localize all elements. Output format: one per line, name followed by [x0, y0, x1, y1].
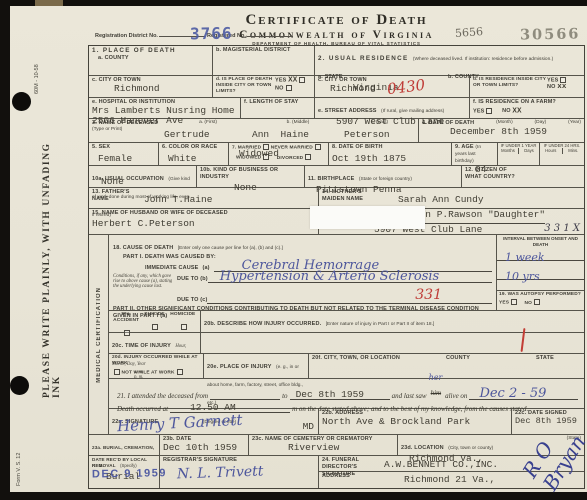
field-street-address: e. STREET ADDRESS (If rural, give mailin…	[315, 98, 470, 118]
certificate-paper: 60M - 10-58 PLEASE WRITE PLAINLY, WITH U…	[10, 6, 587, 492]
field-time-of-injury: 20c. TIME OF INJURY Hour, Month, Day, Ye…	[109, 333, 201, 353]
field-citizen: 12. CITIZEN OF WHAT COUNTRY?	[462, 166, 584, 187]
injury-work-label: 20d. INJURY OCCURRED WHILE AT WORK	[112, 355, 200, 367]
attended-from-blank	[210, 391, 280, 400]
occupation-value: None	[101, 177, 124, 187]
street-note: (If rural, give mailing address)	[381, 109, 444, 114]
attended-to-value: Dec 8th 1959	[296, 390, 364, 400]
race-value: White	[168, 154, 225, 164]
due-to-c-label: DUE TO (c)	[177, 297, 207, 304]
field-residence-city: c. CITY OR TOWN Richmond 0430	[315, 76, 470, 97]
interval-column: INTERVAL BETWEEN ONSET AND DEATH 1 week …	[496, 235, 584, 310]
residence-limits-answer: xx	[557, 83, 566, 91]
field-age-under-1-year: IF UNDER 1 YEAR Months Days	[498, 143, 540, 165]
certifier-signature-value: Henry T Garnett	[117, 411, 243, 436]
alive-on-label: alive on	[445, 392, 467, 400]
location-note: (City, town or county)	[448, 446, 493, 451]
residence-limits-no-label: NO	[547, 84, 556, 90]
spouse-value: Herbert C.Peterson	[92, 219, 315, 229]
medical-certification-label: MEDICAL CERTIFICATION	[96, 287, 102, 383]
field-injury-at-work: 20d. INJURY OCCURRED WHILE AT WORK NOT W…	[109, 354, 204, 378]
field-occupation: 10a. USUAL OCCUPATION (Give kind of work…	[89, 166, 197, 187]
date-of-death-value: December 8th 1959	[450, 127, 581, 137]
autopsy-yes-label: YES	[499, 301, 509, 306]
field-place-of-death-county: 1. PLACE OF DEATH a. COUNTY	[89, 46, 213, 75]
death-limits-answer: XX	[288, 76, 297, 84]
divorced-checkbox	[305, 154, 311, 160]
cemetery-value: Riverview	[288, 443, 394, 453]
autopsy-no-checkbox	[534, 299, 540, 305]
certifier-address-value: North Ave & Brockland Park	[322, 417, 508, 427]
informant-code-annotation: 3 3 1 X	[544, 223, 580, 234]
hours-label: Hours	[540, 148, 563, 153]
funeral-director-label: 24. FUNERAL DIRECTOR'S SIGNATURE	[322, 457, 384, 470]
cause-b-value: Hypertension & Arterio Sclerosis	[220, 269, 440, 284]
accident-label: 20a. ACCIDENT	[112, 312, 140, 324]
suicide-label: SUICIDE	[140, 312, 168, 318]
field-usual-residence: 2. USUAL RESIDENCE (Where deceased lived…	[315, 46, 584, 75]
mins-label: Mins.	[563, 148, 585, 153]
field-hospital: e. HOSPITAL OR INSTITUTION Mrs Lamberts …	[89, 98, 241, 118]
homicide-label: HOMICIDE	[169, 312, 197, 318]
field-registrar-signature: REGISTRAR'S SIGNATURE N. L. Trivett	[160, 456, 319, 488]
death-limits-yes-label: YES	[275, 77, 286, 83]
death-limits-yes-checkbox	[299, 77, 305, 83]
place-county-label: a. COUNTY	[92, 55, 209, 62]
field-magisterial-district: b. MAGISTERIAL DISTRICT	[213, 46, 315, 75]
dod-year-label: (Year)	[568, 120, 581, 127]
place-of-death-heading: 1. PLACE OF DEATH	[92, 47, 209, 55]
file-number-stamp: 30566	[520, 25, 581, 43]
interval-header: INTERVAL BETWEEN ONSET AND DEATH	[497, 235, 584, 248]
farm-yes-checkbox	[486, 108, 492, 114]
registrar-signature-value: N. L. Trivett	[177, 461, 315, 482]
injury-not-work-label: NOT WHILE AT WORK	[121, 370, 174, 375]
certificate-header: Certificate of Death Commonwealth of Vir…	[88, 12, 585, 46]
marital-value: Widowed	[239, 149, 279, 159]
burial-date-value: Dec 10th 1959	[163, 443, 245, 453]
age-label: 9. AGE	[455, 144, 474, 150]
medical-certification-sidebar: MEDICAL CERTIFICATION	[89, 235, 109, 434]
field-date-received: DATE REC'D BY LOCAL REG. DEC 9 1959	[89, 456, 160, 488]
field-age: 9. AGE (In years last birthday) 84	[452, 143, 498, 165]
interval-b-value: 10 yrs	[505, 270, 540, 283]
funeral-director-address-value: Richmond 21 Va.,	[404, 475, 495, 485]
name-last-label: c. (Last)	[344, 120, 415, 126]
cause-c-red-code: 331	[415, 287, 442, 303]
registration-district-label: Registration District No.	[95, 33, 158, 39]
last-saw-label: and last saw	[392, 392, 427, 400]
race-label: 6. COLOR OR RACE	[162, 144, 225, 151]
punch-hole-bottom	[10, 376, 29, 395]
registered-no-stamp: 3766	[190, 24, 233, 44]
attended-to-label: to	[282, 392, 287, 400]
homicide-checkbox	[181, 324, 187, 330]
birthplace-note: (State or foreign country)	[359, 177, 412, 182]
months-label: Months	[498, 148, 519, 153]
name-label: 3. NAME OF DECEASED	[92, 120, 164, 127]
redaction-box	[310, 206, 425, 229]
field-accident-suicide-homicide: 20a. ACCIDENT SUICIDE HOMICIDE	[109, 311, 201, 332]
death-city-value: Richmond	[114, 84, 209, 94]
funeral-director-name: A.W.BENNETT CO.,INC.	[384, 460, 498, 470]
last-seen-value: Dec 2 - 59	[479, 386, 546, 401]
field-place-of-injury: 20e. PLACE OF INJURY (e. g., in or about…	[204, 354, 309, 378]
place-of-injury-label: 20e. PLACE OF INJURY	[207, 364, 272, 370]
injury-city-label: 20f. CITY, TOWN, OR LOCATION	[312, 355, 446, 377]
divorced-label: DIVORCED	[277, 156, 304, 161]
field-date-of-death: 4. DATE OF DEATH (Month) (Day) (Year) De…	[419, 119, 584, 142]
farm-label: f. IS RESIDENCE ON A FARM?	[473, 99, 581, 106]
name-label-note: (Type or Print)	[92, 127, 164, 133]
time-of-injury-label: 20c. TIME OF INJURY	[112, 343, 171, 349]
describe-injury-label: 20b. DESCRIBE HOW INJURY OCCURRED.	[204, 321, 321, 327]
residence-heading-note: (Where deceased lived. If institution: r…	[413, 57, 553, 62]
residence-heading: 2. USUAL RESIDENCE	[318, 55, 408, 62]
field-length-of-stay: f. LENGTH OF STAY	[241, 98, 315, 118]
mother-label: 14. MOTHER'S MAIDEN NAME	[322, 189, 384, 207]
death-limits-no-label: NO	[275, 86, 284, 92]
name-last-value: Peterson	[344, 130, 415, 140]
field-city-of-death: c. CITY OR TOWN Richmond	[89, 76, 213, 97]
autopsy-no-label: NO	[525, 301, 533, 306]
cod-heading-note: [Enter only one cause per line for (a), …	[178, 246, 283, 251]
magisterial-label: b. MAGISTERIAL DISTRICT	[216, 47, 311, 54]
residence-limits-yes-checkbox	[560, 77, 566, 83]
field-time-of-injury-blank	[201, 333, 584, 353]
field-autopsy: 19. WAS AUTOPSY PERFORMED? YES NO	[497, 290, 584, 310]
due-to-b-label: DUE TO (b)	[177, 276, 208, 283]
industry-label: 10b. KIND OF BUSINESS OR INDUSTRY	[200, 167, 301, 181]
citizen-label: 12. CITIZEN OF WHAT COUNTRY?	[465, 167, 525, 181]
farm-answer: XX	[512, 107, 521, 115]
never-married-checkbox	[315, 144, 321, 150]
field-sex: 5. SEX Female	[89, 143, 159, 165]
autopsy-yes-checkbox	[511, 299, 517, 305]
interval-a-value: 1 week	[505, 251, 545, 264]
form-code: Form V. S. 12	[16, 431, 22, 486]
injury-county-label: COUNTY	[446, 355, 536, 377]
autopsy-label: 19. WAS AUTOPSY PERFORMED?	[499, 292, 582, 298]
dob-value: Oct 19th 1875	[332, 154, 448, 164]
farm-yes-label: YES	[473, 108, 484, 114]
stock-code: 60M - 10-58	[34, 34, 40, 94]
death-limits-no-checkbox	[286, 85, 292, 91]
cause-a-label: (a)	[202, 265, 209, 272]
spouse-label: 15. NAME OF HUSBAND OR WIFE OF DECEASED	[92, 210, 315, 217]
registered-no-blank	[247, 30, 293, 37]
work-checkbox	[114, 369, 120, 375]
birthplace-label: 11. BIRTHPLACE	[308, 176, 354, 182]
field-cemetery: 23c. NAME OF CEMETERY OR CREMATORY River…	[249, 435, 398, 455]
father-label: 13. FATHER'S NAME	[92, 189, 144, 207]
field-marital-status: 7. MARRIED NEVER MARRIED WIDOWED DIVORCE…	[229, 143, 329, 165]
residence-limits-label: d. IS RESIDENCE INSIDE CITY OR TOWN LIMI…	[473, 77, 547, 96]
field-describe-injury: 20b. DESCRIBE HOW INJURY OCCURRED. [Ente…	[201, 311, 584, 332]
death-limits-label: d. IS PLACE OF DEATH INSIDE CITY OR TOWN…	[216, 77, 275, 96]
certificate-form: 1. PLACE OF DEATH a. COUNTY b. MAGISTERI…	[88, 45, 585, 489]
farm-no-label: NO	[502, 108, 511, 114]
field-date-of-birth: 8. DATE OF BIRTH Oct 19th 1875	[329, 143, 452, 165]
describe-injury-note: [Enter nature of injury in Part I or Par…	[326, 322, 435, 327]
field-mother-name: 14. MOTHER'S MAIDEN NAME Sarah Ann Cundy	[319, 188, 584, 208]
field-injury-location: 20f. CITY, TOWN, OR LOCATION COUNTY STAT…	[309, 354, 584, 378]
field-certifier-signature: 22a. SIGNATURE (Degree or title) Henry T…	[109, 409, 319, 434]
write-plainly-note: PLEASE WRITE PLAINLY, WITH UNFADING INK	[42, 118, 62, 398]
field-spouse-name: 15. NAME OF HUSBAND OR WIFE OF DECEASED …	[89, 209, 319, 234]
immediate-cause-label: IMMEDIATE CAUSE	[145, 265, 198, 272]
dob-label: 8. DATE OF BIRTH	[332, 144, 448, 151]
funeral-director-address-label: ADDRESS	[322, 473, 384, 485]
punch-hole-top	[12, 92, 31, 111]
name-first-value: Gertrude	[164, 130, 252, 140]
field-cause-of-death: 18. CAUSE OF DEATH [Enter only one cause…	[109, 235, 584, 310]
date-received-stamp: DEC 9 1959	[92, 468, 156, 481]
field-burial-date: 23b. DATE Dec 10th 1959	[160, 435, 249, 455]
field-name-of-deceased: 3. NAME OF DECEASED (Type or Print) a. (…	[89, 119, 419, 142]
not-work-checkbox	[177, 369, 183, 375]
stay-label: f. LENGTH OF STAY	[244, 99, 311, 106]
name-middle-label: b. (Middle)	[252, 120, 344, 126]
field-industry: 10b. KIND OF BUSINESS OR INDUSTRY None	[197, 166, 305, 187]
location-label: 23d. LOCATION	[401, 445, 444, 451]
certifier-degree: MD	[303, 422, 314, 432]
field-death-city-limits: d. IS PLACE OF DEATH INSIDE CITY OR TOWN…	[213, 76, 315, 97]
certificate-title: Certificate of Death	[88, 12, 585, 29]
field-residence-farm: f. IS RESIDENCE ON A FARM? YES NO XX	[470, 98, 584, 118]
struck-pronoun: him	[431, 389, 442, 397]
name-first-label: a. (First)	[164, 120, 252, 126]
conditions-note: Conditions, if any, which gave rise to a…	[113, 274, 177, 304]
street-label: e. STREET ADDRESS	[318, 108, 377, 114]
field-birthplace: 11. BIRTHPLACE (State or foreign country…	[305, 166, 462, 187]
father-value: John T.Haine	[144, 195, 212, 207]
field-certifier-address: 22b. ADDRESS North Ave & Brockland Park	[319, 409, 512, 434]
sex-value: Female	[98, 154, 155, 164]
pencil-number: 5656	[455, 25, 484, 40]
field-attendance-statement: 21. I attended the deceased from to Dec …	[109, 379, 584, 408]
field-residence-city-limits: d. IS RESIDENCE INSIDE CITY OR TOWN LIMI…	[470, 76, 584, 97]
her-handwritten: her	[429, 373, 443, 382]
injury-state-label: STATE	[536, 355, 581, 377]
field-burial: 23a. BURIAL, CREMATION, REMOVAL (Specify…	[89, 435, 160, 455]
days-label: Days	[519, 148, 539, 153]
red-code-annotation: 0430	[386, 76, 426, 99]
attended-from-label: 21. I attended the deceased from	[117, 392, 208, 400]
field-age-under-24-hrs: IF UNDER 24 HRS. Hours Mins.	[540, 143, 584, 165]
sex-label: 5. SEX	[92, 144, 155, 151]
cod-heading: 18. CAUSE OF DEATH	[113, 245, 173, 251]
field-father-name: 13. FATHER'S NAME John T.Haine	[89, 188, 319, 208]
suicide-checkbox	[152, 324, 158, 330]
field-race: 6. COLOR OR RACE White	[159, 143, 229, 165]
name-middle-value: Ann Haine	[252, 130, 344, 140]
